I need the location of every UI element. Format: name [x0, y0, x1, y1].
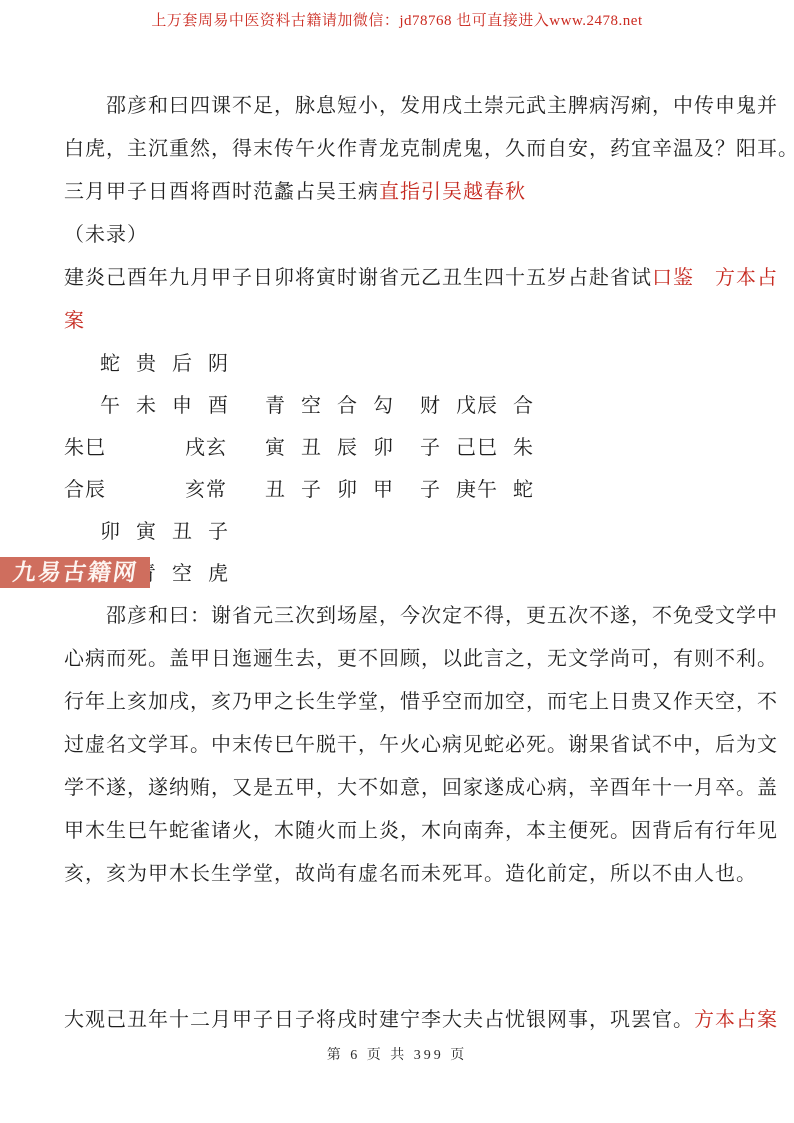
chart-row-3: 朱巳 戌玄 寅 丑 辰 卯 子 己巳 朱 [64, 427, 730, 469]
text-line: 白虎，主沉重然，得末传午火作青龙克制虎鬼，久而自安，药宜辛温及？阳耳。 [64, 128, 730, 171]
text-line: 邵彦和曰四课不足，脉息短小，发用戌土崇元武主脾病泻痢，中传申鬼并 [64, 85, 730, 128]
source-annotation-red: 案 [64, 310, 85, 332]
text-line: 过虚名文学耳。中末传巳午脱干，午火心病见蛇必死。谢果省试不中，后为文 [64, 724, 730, 767]
liuren-divination-chart: 蛇 贵 后 阴 午 未 申 酉 青 空 合 勾 财 戊辰 合 朱巳 戌玄 寅 丑… [64, 343, 730, 595]
paragraph-fanli-case: 三月甲子日酉将酉时范蠡占吴王病直指引吴越春秋 [64, 171, 730, 214]
case-title-text: 建炎己酉年九月甲子日卯将寅时谢省元乙丑生四十五岁占赴省试 [64, 267, 652, 289]
document-page: 上万套周易中医资料古籍请加微信：jd78768 也可直接进入www.2478.n… [0, 0, 794, 1123]
site-watermark-badge: 九易古籍网 [0, 557, 150, 588]
paragraph-jianyan-case: 建炎己酉年九月甲子日卯将寅时谢省元乙丑生四十五岁占赴省试口鉴 方本占 案 [64, 257, 730, 343]
paragraph-shao-commentary-2: 邵彦和曰：谢省元三次到场屋，今次定不得，更五次不遂，不免受文学中 心病而死。盖甲… [64, 595, 730, 896]
chart-heaven-plate: 午 未 申 酉 [100, 385, 229, 427]
chart-left-pair: 合辰 [64, 469, 106, 511]
text-line: 心病而死。盖甲日迤逦生去，更不回顾，以此言之，无文学尚可，有则不利。 [64, 638, 730, 681]
chart-three-transmissions-2: 子 己巳 朱 [420, 427, 534, 469]
chart-row-5: 卯 寅 丑 子 [64, 511, 730, 553]
chart-row-4: 合辰 亥常 丑 子 卯 甲 子 庚午 蛇 [64, 469, 730, 511]
text-line: 三月甲子日酉将酉时范蠡占吴王病直指引吴越春秋 [64, 171, 730, 214]
source-annotation-red: 直指引吴越春秋 [379, 181, 526, 203]
text-line: 案 [64, 300, 730, 343]
chart-row-6: 勾 青 空 虎 [64, 553, 730, 595]
text-line: （未录） [64, 214, 730, 257]
chart-four-lessons-generals: 青 空 合 勾 [265, 385, 394, 427]
chart-three-transmissions-3: 子 庚午 蛇 [420, 469, 534, 511]
chart-earth-plate: 卯 寅 丑 子 [100, 511, 229, 553]
watermark-text: 九易古籍网 [10, 557, 139, 588]
paragraph-not-recorded: （未录） [64, 214, 730, 257]
chart-four-lessons-lower: 丑 子 卯 甲 [265, 469, 394, 511]
paragraph-shao-commentary-1: 邵彦和曰四课不足，脉息短小，发用戌土崇元武主脾病泻痢，中传申鬼并 白虎，主沉重然… [64, 85, 730, 171]
header-contact-line: 上万套周易中医资料古籍请加微信：jd78768 也可直接进入www.2478.n… [0, 0, 794, 30]
page-content: 邵彦和曰四课不足，脉息短小，发用戌土崇元武主脾病泻痢，中传申鬼并 白虎，主沉重然… [0, 85, 794, 1042]
paragraph-daguan-case: 大观己丑年十二月甲子日子将戌时建宁李大夫占忧银网事，巩罢官。方本占案 [64, 999, 730, 1042]
source-annotation-red: 方本占案 [694, 1009, 778, 1031]
chart-generals-top: 蛇 贵 后 阴 [100, 343, 229, 385]
case-title-text: 大观己丑年十二月甲子日子将戌时建宁李大夫占忧银网事，巩罢官。 [64, 1009, 694, 1031]
chart-right-pair: 亥常 [185, 469, 227, 511]
text-line: 甲木生巳午蛇雀诸火，木随火而上炎，木向南奔，本主便死。因背后有行年见 [64, 810, 730, 853]
chart-four-lessons-upper: 寅 丑 辰 卯 [265, 427, 394, 469]
text-line: 亥，亥为甲木长生学堂，故尚有虚名而未死耳。造化前定，所以不由人也。 [64, 853, 730, 896]
source-annotation-red: 口鉴 方本占 [652, 267, 778, 289]
case-title-text: 三月甲子日酉将酉时范蠡占吴王病 [64, 181, 379, 203]
text-line: 学不遂，遂纳贿，又是五甲，大不如意，回家遂成心病，辛酉年十一月卒。盖 [64, 767, 730, 810]
chart-three-transmissions-1: 财 戊辰 合 [420, 385, 534, 427]
chart-right-pair: 戌玄 [185, 427, 227, 469]
text-line: 大观己丑年十二月甲子日子将戌时建宁李大夫占忧银网事，巩罢官。方本占案 [64, 999, 730, 1042]
text-line: 行年上亥加戌，亥乃甲之长生学堂，惜乎空而加空，而宅上日贵又作天空，不 [64, 681, 730, 724]
text-line: 邵彦和曰：谢省元三次到场屋，今次定不得，更五次不遂，不免受文学中 [64, 595, 730, 638]
text-line: 建炎己酉年九月甲子日卯将寅时谢省元乙丑生四十五岁占赴省试口鉴 方本占 [64, 257, 730, 300]
chart-left-pair: 朱巳 [64, 427, 106, 469]
chart-row-1: 蛇 贵 后 阴 [64, 343, 730, 385]
chart-row-2: 午 未 申 酉 青 空 合 勾 财 戊辰 合 [64, 385, 730, 427]
page-number-footer: 第 6 页 共 399 页 [0, 1044, 794, 1064]
